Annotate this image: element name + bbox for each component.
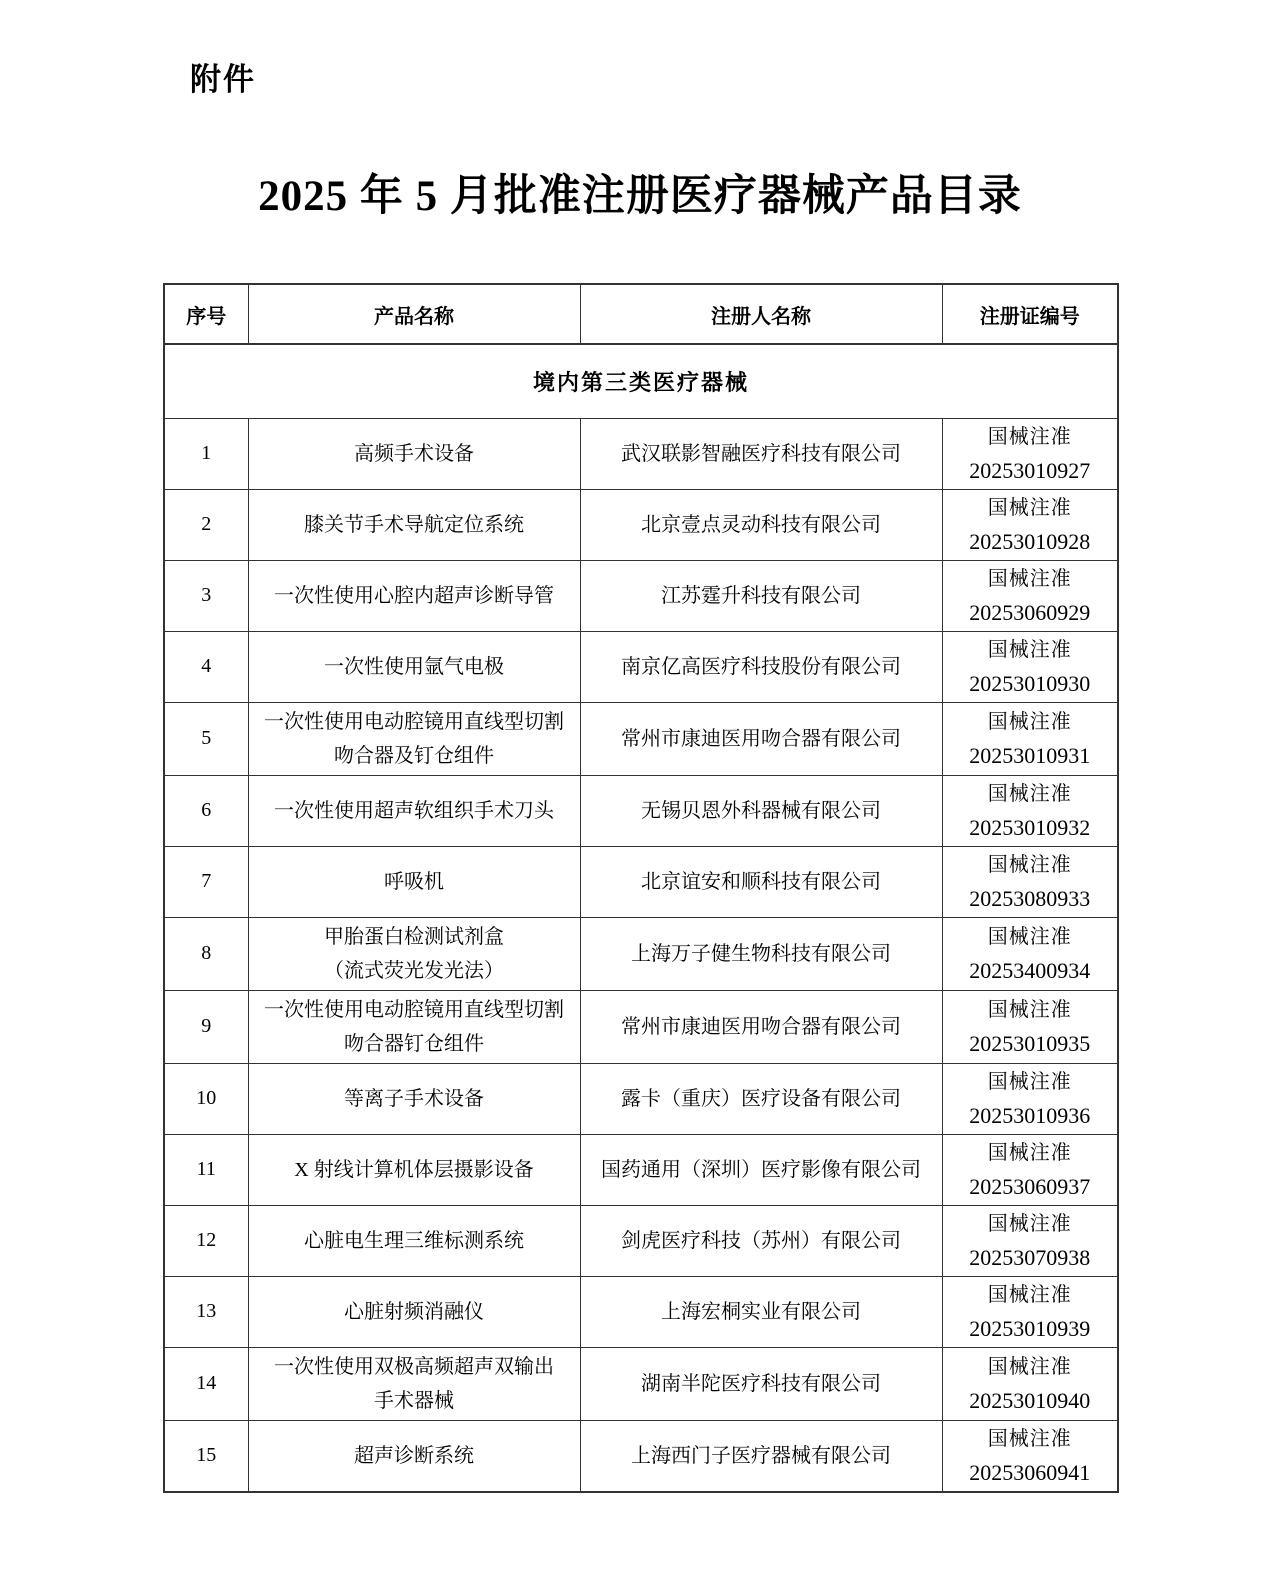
- table-row: 7 呼吸机 北京谊安和顺科技有限公司 国械注准 20253080933: [164, 846, 1118, 917]
- cert-number: 20253010932: [949, 811, 1112, 844]
- registrant-name: 上海万子健生物科技有限公司: [580, 917, 942, 990]
- product-name: 等离子手术设备: [248, 1063, 580, 1134]
- product-name: 心脏射频消融仪: [248, 1276, 580, 1347]
- cert-number: 20253080933: [949, 882, 1112, 915]
- product-name: 一次性使用电动腔镜用直线型切割 吻合器及钉仓组件: [248, 702, 580, 775]
- table-row: 4 一次性使用氩气电极 南京亿高医疗科技股份有限公司 国械注准 20253010…: [164, 631, 1118, 702]
- cert-cell: 国械注准 20253010939: [942, 1276, 1118, 1347]
- cert-number: 20253400934: [949, 954, 1112, 987]
- row-number: 3: [164, 560, 248, 631]
- product-name: 一次性使用电动腔镜用直线型切割 吻合器钉仓组件: [248, 990, 580, 1063]
- cert-cell: 国械注准 20253010927: [942, 418, 1118, 489]
- table-row: 8 甲胎蛋白检测试剂盒 （流式荧光发光法） 上海万子健生物科技有限公司 国械注准…: [164, 917, 1118, 990]
- table-row: 11 X 射线计算机体层摄影设备 国药通用（深圳）医疗影像有限公司 国械注准 2…: [164, 1134, 1118, 1205]
- registrant-name: 剑虎医疗科技（苏州）有限公司: [580, 1205, 942, 1276]
- cert-prefix: 国械注准: [949, 994, 1112, 1027]
- row-number: 12: [164, 1205, 248, 1276]
- registrant-name: 上海西门子医疗器械有限公司: [580, 1420, 942, 1492]
- cert-number: 20253060929: [949, 596, 1112, 629]
- col-header-cert: 注册证编号: [942, 284, 1118, 344]
- cert-cell: 国械注准 20253010931: [942, 702, 1118, 775]
- cert-cell: 国械注准 20253010940: [942, 1347, 1118, 1420]
- registrant-name: 无锡贝恩外科器械有限公司: [580, 775, 942, 846]
- product-name: X 射线计算机体层摄影设备: [248, 1134, 580, 1205]
- cert-prefix: 国械注准: [949, 921, 1112, 954]
- table-row: 3 一次性使用心腔内超声诊断导管 江苏霆升科技有限公司 国械注准 2025306…: [164, 560, 1118, 631]
- cert-cell: 国械注准 20253070938: [942, 1205, 1118, 1276]
- registrant-name: 北京壹点灵动科技有限公司: [580, 489, 942, 560]
- cert-prefix: 国械注准: [949, 1279, 1112, 1312]
- row-number: 6: [164, 775, 248, 846]
- cert-number: 20253010928: [949, 525, 1112, 558]
- cert-number: 20253010927: [949, 454, 1112, 487]
- cert-cell: 国械注准 20253010930: [942, 631, 1118, 702]
- product-name: 一次性使用氩气电极: [248, 631, 580, 702]
- attachment-label: 附件: [190, 54, 256, 99]
- cert-cell: 国械注准 20253080933: [942, 846, 1118, 917]
- cert-cell: 国械注准 20253060937: [942, 1134, 1118, 1205]
- device-catalog-table: 序号 产品名称 注册人名称 注册证编号 境内第三类医疗器械 1 高频手术设备 武…: [163, 283, 1119, 1493]
- registrant-name: 北京谊安和顺科技有限公司: [580, 846, 942, 917]
- cert-prefix: 国械注准: [949, 1351, 1112, 1384]
- table-row: 5 一次性使用电动腔镜用直线型切割 吻合器及钉仓组件 常州市康迪医用吻合器有限公…: [164, 702, 1118, 775]
- product-name: 超声诊断系统: [248, 1420, 580, 1492]
- cert-number: 20253010940: [949, 1384, 1112, 1417]
- product-name: 一次性使用心腔内超声诊断导管: [248, 560, 580, 631]
- section-title: 境内第三类医疗器械: [164, 344, 1118, 418]
- row-number: 8: [164, 917, 248, 990]
- col-header-product: 产品名称: [248, 284, 580, 344]
- page-title: 2025 年 5 月批准注册医疗器械产品目录: [0, 162, 1280, 223]
- row-number: 7: [164, 846, 248, 917]
- registrant-name: 江苏霆升科技有限公司: [580, 560, 942, 631]
- table-row: 9 一次性使用电动腔镜用直线型切割 吻合器钉仓组件 常州市康迪医用吻合器有限公司…: [164, 990, 1118, 1063]
- table-row: 2 膝关节手术导航定位系统 北京壹点灵动科技有限公司 国械注准 20253010…: [164, 489, 1118, 560]
- cert-number: 20253070938: [949, 1241, 1112, 1274]
- table-row: 6 一次性使用超声软组织手术刀头 无锡贝恩外科器械有限公司 国械注准 20253…: [164, 775, 1118, 846]
- table-row: 15 超声诊断系统 上海西门子医疗器械有限公司 国械注准 20253060941: [164, 1420, 1118, 1492]
- cert-prefix: 国械注准: [949, 421, 1112, 454]
- row-number: 13: [164, 1276, 248, 1347]
- table-body: 境内第三类医疗器械 1 高频手术设备 武汉联影智融医疗科技有限公司 国械注准 2…: [164, 344, 1118, 1492]
- cert-prefix: 国械注准: [949, 706, 1112, 739]
- col-header-no: 序号: [164, 284, 248, 344]
- cert-cell: 国械注准 20253060941: [942, 1420, 1118, 1492]
- cert-prefix: 国械注准: [949, 1423, 1112, 1456]
- registrant-name: 国药通用（深圳）医疗影像有限公司: [580, 1134, 942, 1205]
- row-number: 1: [164, 418, 248, 489]
- product-name: 一次性使用超声软组织手术刀头: [248, 775, 580, 846]
- cert-cell: 国械注准 20253010928: [942, 489, 1118, 560]
- table-row: 13 心脏射频消融仪 上海宏桐实业有限公司 国械注准 20253010939: [164, 1276, 1118, 1347]
- cert-prefix: 国械注准: [949, 778, 1112, 811]
- cert-number: 20253010935: [949, 1027, 1112, 1060]
- row-number: 10: [164, 1063, 248, 1134]
- cert-number: 20253010931: [949, 739, 1112, 772]
- cert-number: 20253060937: [949, 1170, 1112, 1203]
- row-number: 15: [164, 1420, 248, 1492]
- row-number: 2: [164, 489, 248, 560]
- cert-prefix: 国械注准: [949, 1208, 1112, 1241]
- row-number: 5: [164, 702, 248, 775]
- cert-number: 20253010936: [949, 1099, 1112, 1132]
- cert-cell: 国械注准 20253010935: [942, 990, 1118, 1063]
- product-name: 甲胎蛋白检测试剂盒 （流式荧光发光法）: [248, 917, 580, 990]
- registrant-name: 武汉联影智融医疗科技有限公司: [580, 418, 942, 489]
- cert-number: 20253060941: [949, 1456, 1112, 1489]
- row-number: 11: [164, 1134, 248, 1205]
- table-row: 14 一次性使用双极高频超声双输出 手术器械 湖南半陀医疗科技有限公司 国械注准…: [164, 1347, 1118, 1420]
- cert-prefix: 国械注准: [949, 492, 1112, 525]
- cert-cell: 国械注准 20253010936: [942, 1063, 1118, 1134]
- product-name: 心脏电生理三维标测系统: [248, 1205, 580, 1276]
- table-row: 12 心脏电生理三维标测系统 剑虎医疗科技（苏州）有限公司 国械注准 20253…: [164, 1205, 1118, 1276]
- col-header-registrant: 注册人名称: [580, 284, 942, 344]
- registrant-name: 湖南半陀医疗科技有限公司: [580, 1347, 942, 1420]
- cert-prefix: 国械注准: [949, 1137, 1112, 1170]
- cert-cell: 国械注准 20253010932: [942, 775, 1118, 846]
- product-name: 膝关节手术导航定位系统: [248, 489, 580, 560]
- registrant-name: 露卡（重庆）医疗设备有限公司: [580, 1063, 942, 1134]
- cert-number: 20253010939: [949, 1312, 1112, 1345]
- row-number: 4: [164, 631, 248, 702]
- section-row: 境内第三类医疗器械: [164, 344, 1118, 418]
- row-number: 14: [164, 1347, 248, 1420]
- cert-prefix: 国械注准: [949, 1066, 1112, 1099]
- registrant-name: 南京亿高医疗科技股份有限公司: [580, 631, 942, 702]
- cert-cell: 国械注准 20253400934: [942, 917, 1118, 990]
- product-name: 高频手术设备: [248, 418, 580, 489]
- row-number: 9: [164, 990, 248, 1063]
- cert-prefix: 国械注准: [949, 634, 1112, 667]
- product-name: 一次性使用双极高频超声双输出 手术器械: [248, 1347, 580, 1420]
- cert-number: 20253010930: [949, 667, 1112, 700]
- table-row: 1 高频手术设备 武汉联影智融医疗科技有限公司 国械注准 20253010927: [164, 418, 1118, 489]
- product-name: 呼吸机: [248, 846, 580, 917]
- registrant-name: 常州市康迪医用吻合器有限公司: [580, 990, 942, 1063]
- table-row: 10 等离子手术设备 露卡（重庆）医疗设备有限公司 国械注准 202530109…: [164, 1063, 1118, 1134]
- registrant-name: 常州市康迪医用吻合器有限公司: [580, 702, 942, 775]
- cert-prefix: 国械注准: [949, 563, 1112, 596]
- cert-prefix: 国械注准: [949, 849, 1112, 882]
- cert-cell: 国械注准 20253060929: [942, 560, 1118, 631]
- table-header-row: 序号 产品名称 注册人名称 注册证编号: [164, 284, 1118, 344]
- registrant-name: 上海宏桐实业有限公司: [580, 1276, 942, 1347]
